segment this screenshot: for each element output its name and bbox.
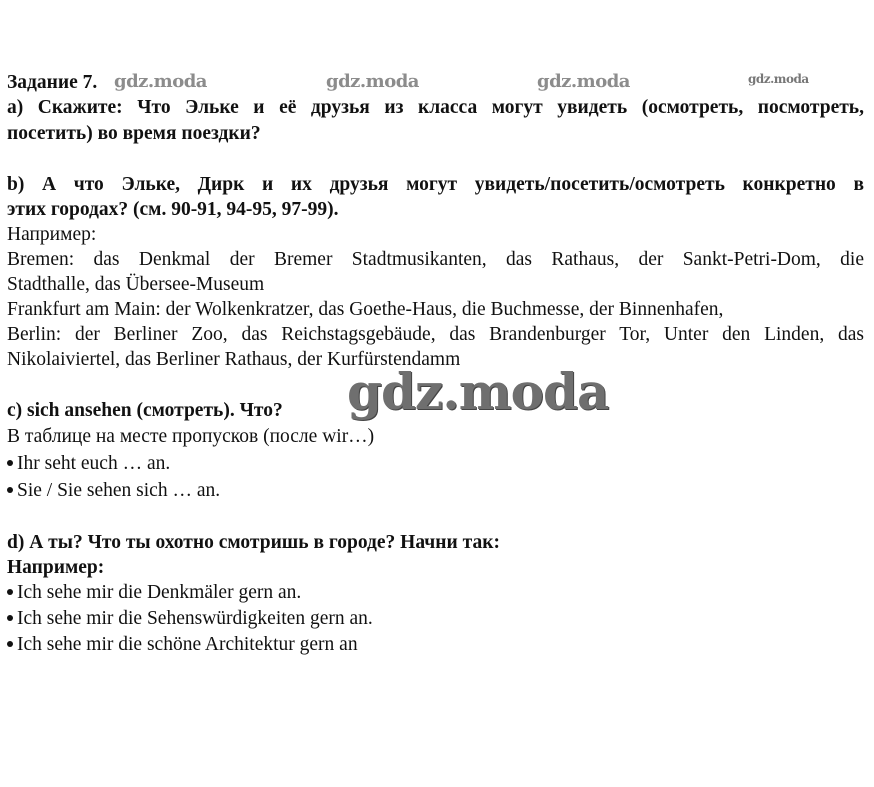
section-d-bullet-item: Ich sehe mir die Sehenswürdigkeiten gern… (7, 606, 864, 632)
bullet-icon (7, 460, 13, 466)
bullet-text: Ich sehe mir die Denkmäler gern an. (17, 582, 301, 603)
watermark: gdz.moda (537, 71, 630, 92)
bullet-icon (7, 641, 13, 647)
document-page: Задание 7. gdz.moda gdz.moda gdz.moda gd… (0, 0, 874, 787)
section-b-question-line2: этих городах? (см. 90-91, 94-95, 97-99). (7, 197, 864, 223)
bullet-icon (7, 487, 13, 493)
section-b-text-line: Frankfurt am Main: der Wolkenkratzer, da… (7, 297, 864, 323)
section-a-question-line1: а) Скажите: Что Эльке и её друзья из кла… (7, 95, 864, 121)
bullet-icon (7, 589, 13, 595)
section-b-example-label: Например: (7, 222, 864, 248)
watermark: gdz.moda (326, 71, 419, 92)
section-b-text-line: Berlin: der Berliner Zoo, das Reichstags… (7, 322, 864, 348)
section-b-question-line1: b) А что Эльке, Дирк и их друзья могут у… (7, 172, 864, 198)
section-d-example-label: Например: (7, 555, 864, 581)
section-c-bullet-item: Sie / Sie sehen sich … an. (7, 478, 864, 504)
section-a-question-line2: посетить) во время поездки? (7, 121, 864, 147)
watermark: gdz.moda (114, 71, 207, 92)
section-b-text-line: Bremen: das Denkmal der Bremer Stadtmusi… (7, 247, 864, 273)
bullet-text: Sie / Sie sehen sich … an. (17, 480, 220, 501)
section-c-heading: c) sich ansehen (смотреть). Что? (7, 398, 864, 424)
bullet-text: Ich sehe mir die Sehenswürdigkeiten gern… (17, 608, 373, 629)
bullet-text: Ich sehe mir die schöne Architektur gern… (17, 634, 358, 655)
bullet-icon (7, 615, 13, 621)
section-d-bullet-item: Ich sehe mir die Denkmäler gern an. (7, 580, 864, 606)
watermark: gdz.moda (748, 72, 809, 86)
section-d-heading: d) А ты? Что ты охотно смотришь в городе… (7, 530, 864, 556)
section-c-bullet-item: Ihr seht euch … an. (7, 451, 864, 477)
section-c-intro: В таблице на месте пропусков (после wir…… (7, 424, 864, 450)
bullet-text: Ihr seht euch … an. (17, 453, 170, 474)
section-d-bullet-item: Ich sehe mir die schöne Architektur gern… (7, 632, 864, 658)
section-b-text-line: Stadthalle, das Übersee-Museum (7, 272, 864, 298)
task-title-text: Задание 7. (7, 72, 97, 93)
